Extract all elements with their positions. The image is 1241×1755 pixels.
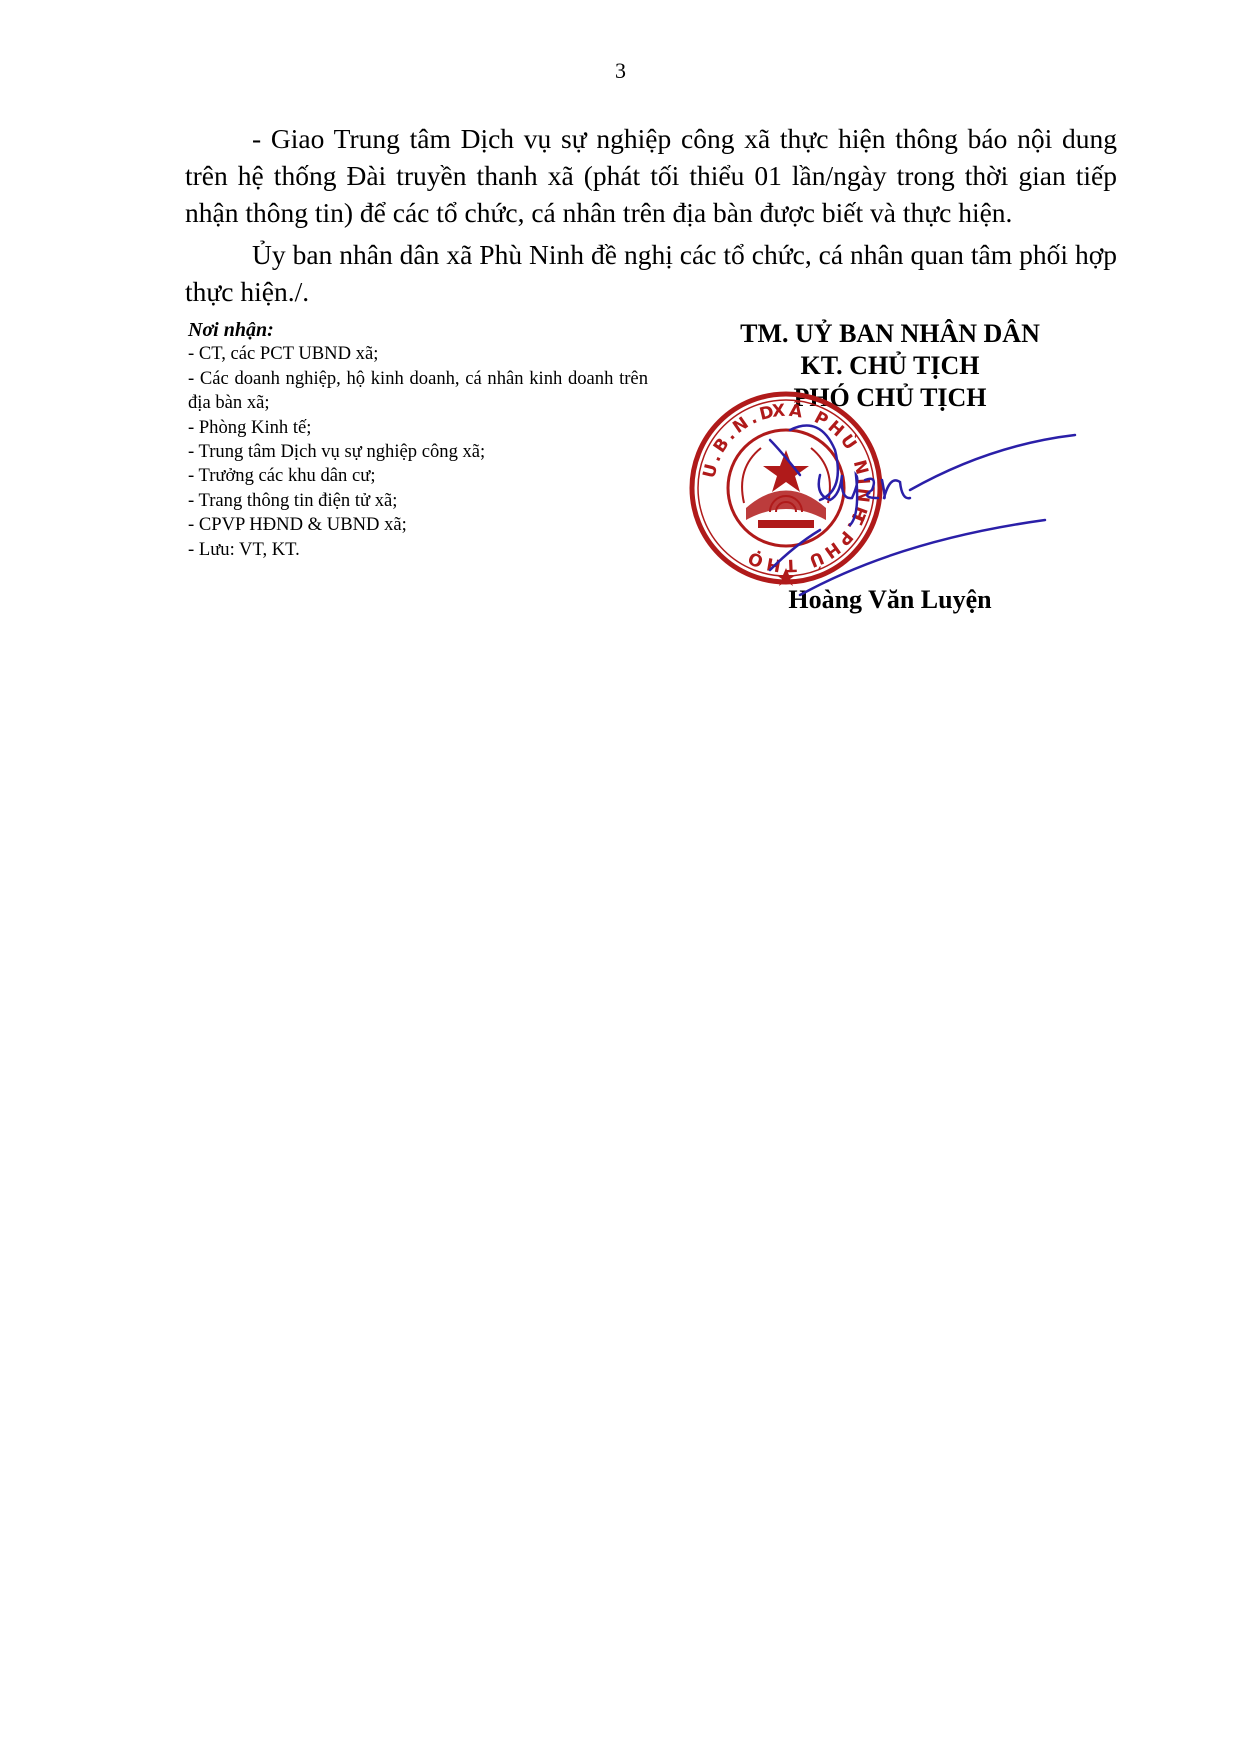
document-body: - Giao Trung tâm Dịch vụ sự nghiệp công … [185, 120, 1117, 315]
body-paragraph-2: Ủy ban nhân dân xã Phù Ninh đề nghị các … [185, 236, 1117, 310]
svg-text:T.PHÚ THỌ: T.PHÚ THỌ [743, 508, 869, 575]
handwritten-signature-icon [760, 420, 1080, 600]
seal-text: T.PHÚ THỌ [743, 508, 869, 575]
signature-line-1: TM. UỶ BAN NHÂN DÂN [690, 318, 1090, 350]
recipient-item: - Lưu: VT, KT. [188, 538, 648, 562]
recipient-item: - CT, các PCT UBND xã; [188, 342, 648, 366]
recipient-item: - Trung tâm Dịch vụ sự nghiệp công xã; [188, 440, 648, 464]
signature-line-2: KT. CHỦ TỊCH [690, 350, 1090, 382]
recipients-block: Nơi nhận: - CT, các PCT UBND xã; - Các d… [188, 318, 648, 562]
page-number: 3 [0, 58, 1241, 84]
official-seal-icon: U.B.N.D XÃ PHÙ NINH T.PHÚ THỌ [686, 388, 886, 588]
recipients-list: - CT, các PCT UBND xã; - Các doanh nghiệ… [188, 342, 648, 562]
svg-text:XÃ PHÙ NINH: XÃ PHÙ NINH [771, 398, 873, 527]
signature-line-3: PHÓ CHỦ TỊCH [690, 382, 1090, 414]
recipient-item: - Trưởng các khu dân cư; [188, 464, 648, 488]
recipient-item: - Trang thông tin điện tử xã; [188, 489, 648, 513]
body-paragraph-1: - Giao Trung tâm Dịch vụ sự nghiệp công … [185, 120, 1117, 231]
recipient-item: - Phòng Kinh tế; [188, 416, 648, 440]
recipient-item: - Các doanh nghiệp, hộ kinh doanh, cá nh… [188, 367, 648, 416]
seal-text: XÃ PHÙ NINH [771, 398, 873, 527]
signature-block: TM. UỶ BAN NHÂN DÂN KT. CHỦ TỊCH PHÓ CHỦ… [690, 318, 1090, 414]
recipients-title: Nơi nhận: [188, 318, 648, 342]
signer-name: Hoàng Văn Luyện [690, 585, 1090, 615]
recipient-item: - CPVP HĐND & UBND xã; [188, 513, 648, 537]
